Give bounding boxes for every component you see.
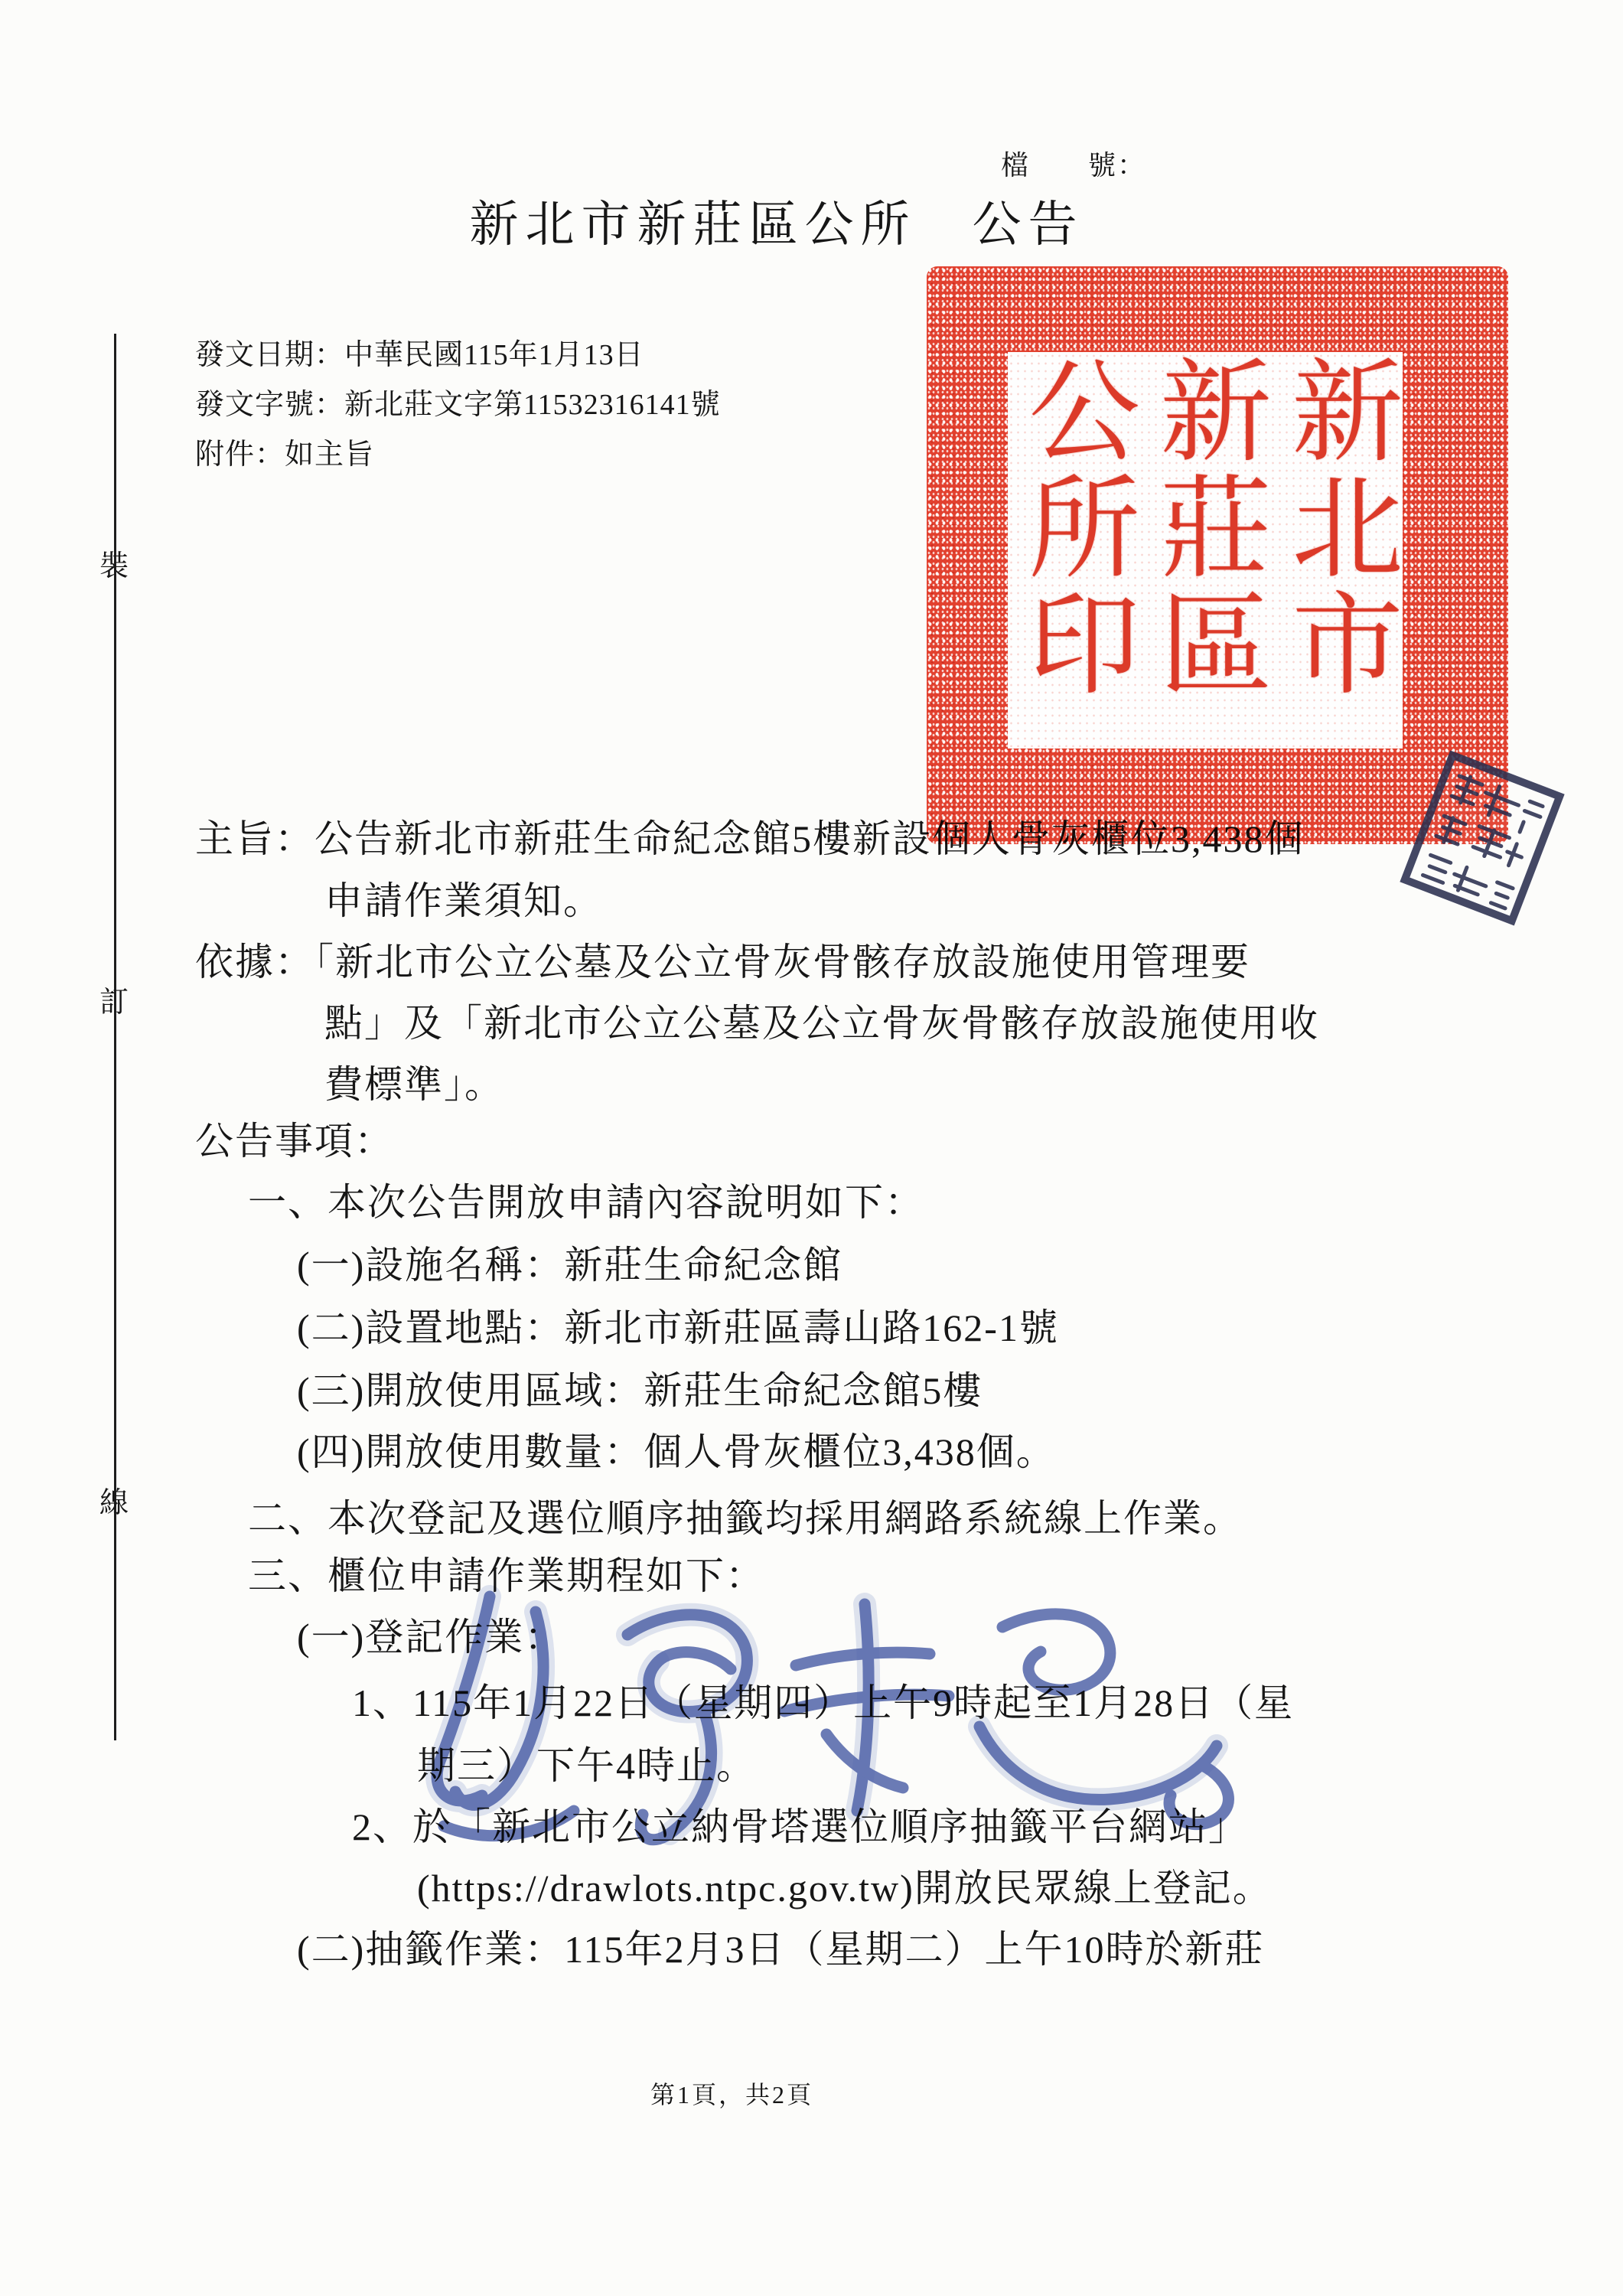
file-number-label: 檔 號： xyxy=(1001,142,1146,188)
body-line: (一)設施名稱：新莊生命紀念館 xyxy=(297,1241,842,1289)
document-page: 檔 號： 保存年限： 新北市新莊區公所 公告 發文日期：中華民國115年1月13… xyxy=(0,0,1623,2296)
office-seal-text: 新北市新莊區公所印 xyxy=(1008,353,1403,748)
body-line: 費標準」。 xyxy=(324,1061,504,1108)
office-seal-face: 新北市新莊區公所印 xyxy=(1008,352,1403,748)
binding-mark-xian: 線 xyxy=(99,1479,129,1521)
office-seal: 新北市新莊區公所印 xyxy=(927,266,1508,844)
binding-mark-ding: 訂 xyxy=(99,978,129,1020)
doc-number-line: 發文字號：新北莊文字第11532316141號 xyxy=(195,386,721,423)
binding-mark-zhuang: 裝 xyxy=(99,542,129,584)
body-line: 二、本次登記及選位順序抽籤均採用網路系統線上作業。 xyxy=(248,1495,1243,1542)
page-title: 新北市新莊區公所 公告 xyxy=(0,185,1553,256)
body-line: (一)登記作業： xyxy=(297,1613,564,1661)
body-line: (二)設置地點：新北市新莊區壽山路162-1號 xyxy=(297,1304,1059,1352)
attachment-line: 附件：如主旨 xyxy=(195,436,374,473)
body-line: 依據：「新北市公立公墓及公立骨灰骨骸存放設施使用管理要 xyxy=(195,938,1250,986)
body-line: 一、本次公告開放申請內容說明如下： xyxy=(248,1179,924,1226)
issue-date-line: 發文日期：中華民國115年1月13日 xyxy=(195,337,644,373)
body-line: (二)抽籤作業：115年2月3日（星期二）上午10時於新莊 xyxy=(297,1926,1264,1973)
page-indicator: 第1頁，共2頁 xyxy=(650,2076,813,2111)
body-line: 公告事項： xyxy=(195,1117,394,1165)
body-line: 主旨：公告新北市新莊生命紀念館5樓新設個人骨灰櫃位3,438個 xyxy=(195,815,1305,863)
body-line: 期三）下午4時止。 xyxy=(417,1742,756,1789)
body-line: (三)開放使用區域：新莊生命紀念館5樓 xyxy=(297,1367,983,1414)
body-line: 點」及「新北市公立公墓及公立骨灰骨骸存放設施使用收 xyxy=(324,1000,1319,1047)
body-line: 1、115年1月22日（星期四）上午9時起至1月28日（星 xyxy=(352,1679,1294,1727)
body-line: 申請作業須知。 xyxy=(324,877,603,925)
body-line: 三、櫃位申請作業期程如下： xyxy=(248,1552,765,1600)
body-line: 2、於「新北市公立納骨塔選位順序抽籤平台網站」 xyxy=(352,1803,1248,1851)
body-line: (四)開放使用數量：個人骨灰櫃位3,438個。 xyxy=(297,1428,1056,1476)
body-line: (https://drawlots.ntpc.gov.tw)開放民眾線上登記。 xyxy=(417,1864,1273,1912)
